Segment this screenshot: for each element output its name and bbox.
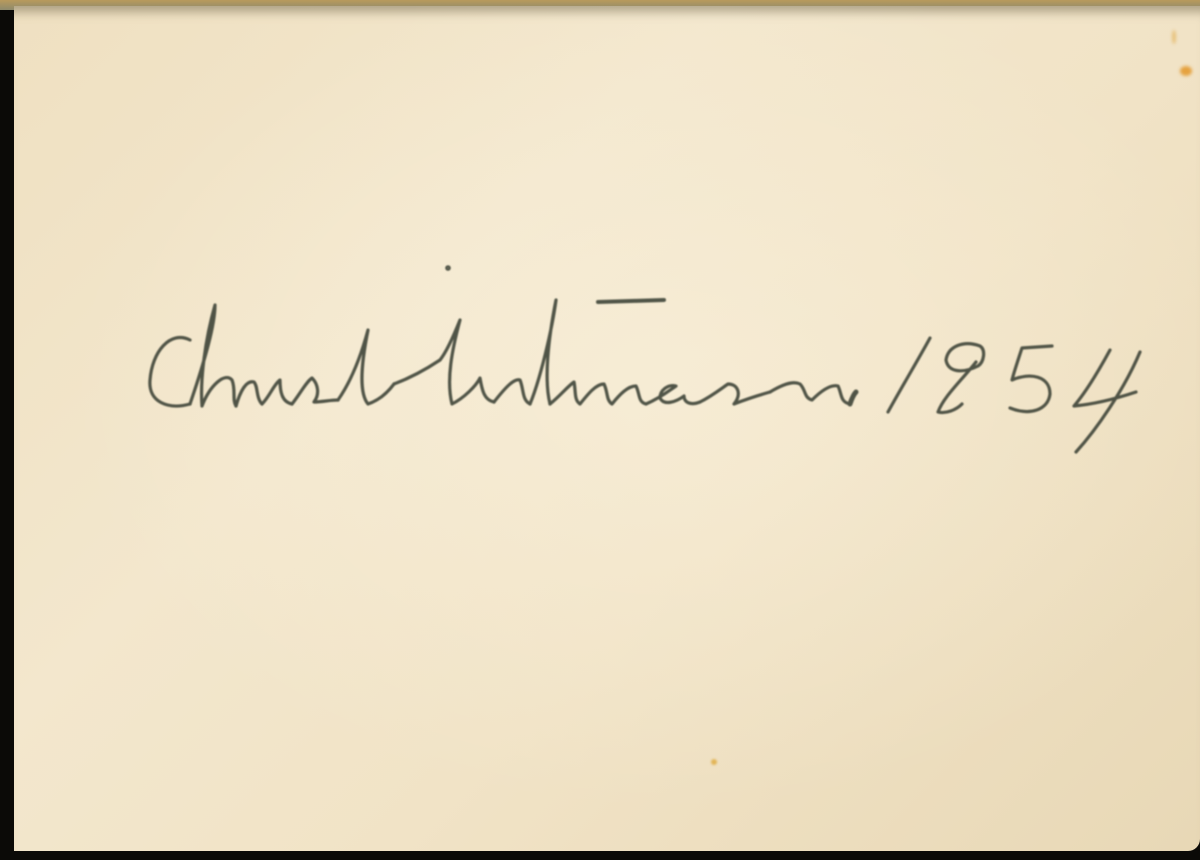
photo-scene: Christmas 1954 — [0, 0, 1200, 860]
handwritten-inscription: Christmas 1954 — [0, 0, 1200, 860]
handwriting-strokes — [0, 0, 1200, 860]
